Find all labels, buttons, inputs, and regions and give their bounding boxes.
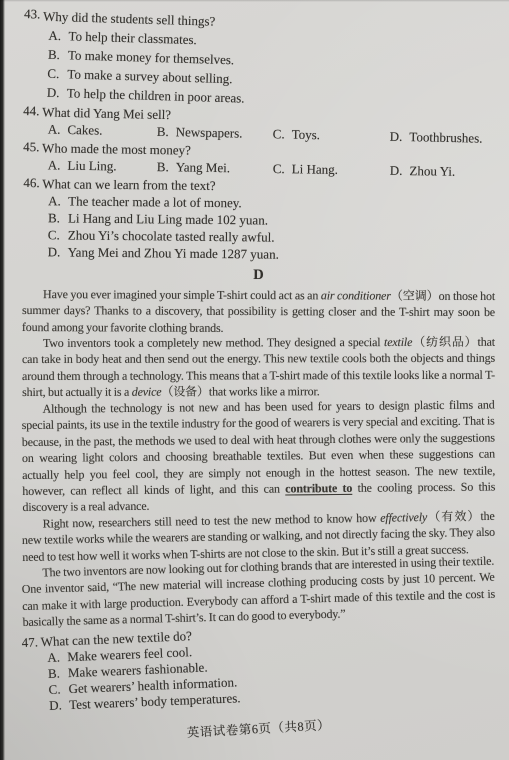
options-list: A.The teacher made a lot of money. B.Li … — [42, 192, 496, 265]
question-number: 46. — [23, 175, 39, 191]
option-label: D. — [390, 162, 403, 179]
option-label: B. — [48, 45, 69, 65]
question-number: 45. — [23, 139, 39, 155]
passage-paragraph-2: Two inventors took a completely new meth… — [22, 334, 495, 401]
option-label: A. — [48, 156, 61, 173]
option-label: B. — [157, 158, 169, 175]
option-text: To help their classmates. — [68, 28, 197, 47]
option-a: A.Liu Ling. — [48, 156, 157, 175]
option-label: C. — [48, 681, 69, 698]
paragraph-text: Have you ever imagined your simple T-shi… — [43, 287, 321, 302]
page-footer: 英语试卷第6页（共8页） — [22, 707, 495, 750]
question-number: 47. — [21, 634, 38, 651]
option-label: C. — [273, 160, 285, 177]
term-textile: textile — [384, 335, 412, 349]
question-46: 46. What can we learn from the text? A.T… — [22, 175, 496, 265]
option-label: C. — [273, 125, 285, 142]
option-text: Newspapers. — [176, 124, 243, 140]
option-text: Yang Mei and Zhou Yi made 1287 yuan. — [68, 244, 279, 261]
option-label: A. — [48, 192, 68, 209]
option-text: Toothbrushes. — [409, 129, 482, 146]
term-air-conditioner: air conditioner — [321, 288, 391, 302]
option-text: Li Hang. — [292, 161, 338, 177]
option-d: D.Toothbrushes. — [390, 128, 495, 147]
paragraph-text: The two inventors are now looking out fo… — [22, 554, 496, 630]
page-content: 43. Why did the students sell things? A.… — [0, 0, 509, 738]
option-label: B. — [48, 665, 69, 682]
term-effectively: effectively — [380, 510, 427, 525]
option-text: The teacher made a lot of money. — [68, 193, 242, 210]
option-a: A.Cakes. — [48, 121, 157, 140]
option-b: B.Newspapers. — [157, 123, 273, 142]
term-device: device — [132, 385, 162, 399]
option-c: C.Toys. — [273, 125, 390, 144]
option-text: Zhou Yi’s chocolate tasted really awful. — [68, 227, 275, 244]
option-text: Zhou Yi. — [409, 163, 455, 179]
option-label: B. — [157, 123, 169, 140]
option-d: D.Yang Mei and Zhou Yi made 1287 yuan. — [48, 243, 495, 265]
option-text: Yang Mei. — [176, 159, 231, 175]
option-label: B. — [48, 209, 68, 226]
paragraph-text: （设备）that works like a mirror. — [161, 385, 319, 399]
option-label: A. — [48, 121, 61, 138]
option-b: B.Yang Mei. — [157, 158, 273, 177]
passage: Have you ever imagined your simple T-shi… — [22, 286, 495, 631]
option-label: D. — [49, 697, 70, 714]
question-43: 43. Why did the students sell things? A.… — [21, 6, 497, 115]
question-number: 43. — [24, 6, 41, 22]
passage-paragraph-1: Have you ever imagined your simple T-shi… — [22, 286, 495, 337]
option-text: Cakes. — [67, 122, 102, 138]
option-label: D. — [390, 128, 403, 145]
scanned-exam-page: 43. Why did the students sell things? A.… — [0, 0, 509, 760]
question-number: 44. — [23, 103, 40, 119]
option-text: To help the children in poor areas. — [67, 85, 245, 105]
option-label: C. — [48, 226, 68, 243]
section-heading: D — [22, 265, 495, 285]
phrase-contribute-to: contribute to — [285, 481, 352, 496]
option-d: D.Zhou Yi. — [390, 162, 495, 181]
paragraph-text: Two inventors took a completely new meth… — [43, 335, 384, 350]
option-text: Toys. — [292, 127, 321, 143]
option-text: Liu Ling. — [67, 158, 116, 174]
options-list: A.To help their classmates. B.To make mo… — [41, 26, 496, 115]
option-label: C. — [47, 64, 68, 84]
option-label: A. — [47, 649, 68, 666]
option-text: Li Hang and Liu Ling made 102 yuan. — [68, 210, 268, 227]
option-label: D. — [47, 83, 68, 103]
option-label: D. — [48, 243, 68, 260]
option-c: C.Li Hang. — [273, 160, 390, 179]
passage-paragraph-3: Although the technology is not new and h… — [21, 396, 495, 515]
question-45: 45. Who made the most money? A.Liu Ling.… — [22, 139, 495, 180]
option-label: A. — [48, 26, 69, 46]
